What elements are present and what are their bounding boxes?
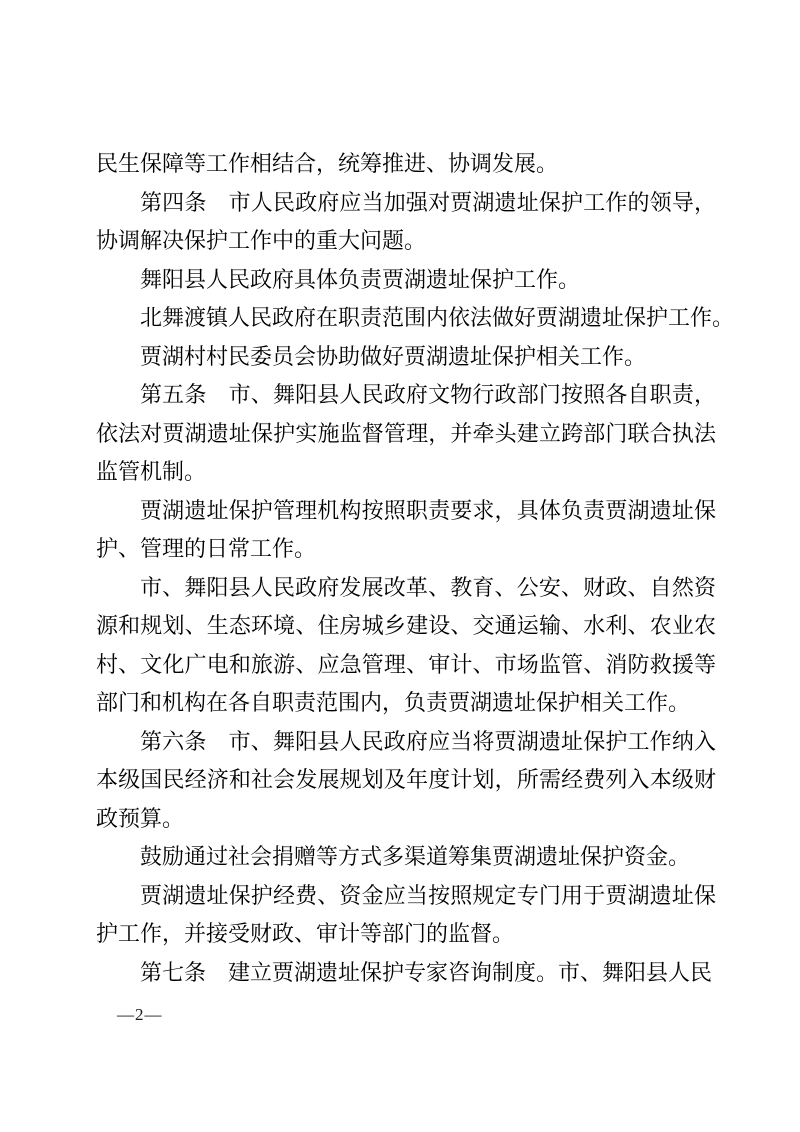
paragraph: 贾湖遗址保护经费、资金应当按照规定专门用于贾湖遗址保护工作，并接受财政、审计等部… <box>96 877 716 954</box>
paragraph: 舞阳县人民政府具体负责贾湖遗址保护工作。 <box>96 261 716 300</box>
document-body: 民生保障等工作相结合，统筹推进、协调发展。 第四条 市人民政府应当加强对贾湖遗址… <box>96 145 716 992</box>
paragraph-article-7: 第七条 建立贾湖遗址保护专家咨询制度。市、舞阳县人民 <box>96 954 716 993</box>
paragraph-article-4: 第四条 市人民政府应当加强对贾湖遗址保护工作的领导，协调解决保护工作中的重大问题… <box>96 184 716 261</box>
document-page: 民生保障等工作相结合，统筹推进、协调发展。 第四条 市人民政府应当加强对贾湖遗址… <box>0 0 800 1132</box>
paragraph: 北舞渡镇人民政府在职责范围内依法做好贾湖遗址保护工作。 <box>96 299 716 338</box>
paragraph-continuation: 民生保障等工作相结合，统筹推进、协调发展。 <box>96 145 716 184</box>
paragraph: 鼓励通过社会捐赠等方式多渠道筹集贾湖遗址保护资金。 <box>96 838 716 877</box>
paragraph-article-5: 第五条 市、舞阳县人民政府文物行政部门按照各自职责，依法对贾湖遗址保护实施监督管… <box>96 376 716 492</box>
paragraph: 贾湖村村民委员会协助做好贾湖遗址保护相关工作。 <box>96 338 716 377</box>
paragraph-article-6: 第六条 市、舞阳县人民政府应当将贾湖遗址保护工作纳入本级国民经济和社会发展规划及… <box>96 723 716 839</box>
paragraph: 贾湖遗址保护管理机构按照职责要求，具体负责贾湖遗址保护、管理的日常工作。 <box>96 492 716 569</box>
paragraph: 市、舞阳县人民政府发展改革、教育、公安、财政、自然资源和规划、生态环境、住房城乡… <box>96 569 716 723</box>
page-number: —2— <box>117 1004 163 1026</box>
